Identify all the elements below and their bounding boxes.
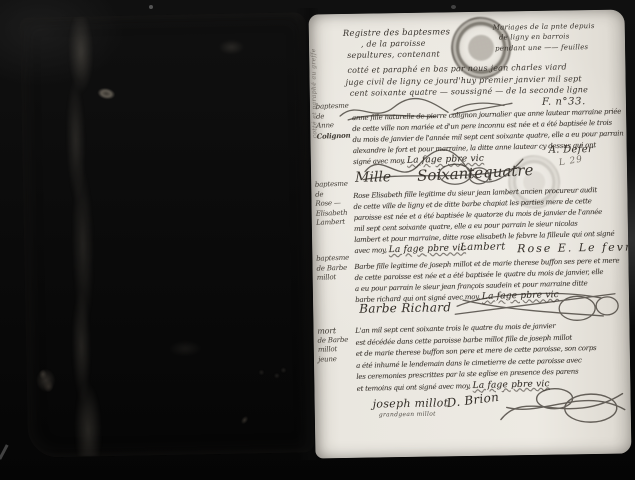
paper-stain [168,340,202,357]
edge-scratch [0,444,9,460]
witness-signature: D. Brion [446,390,500,410]
header-title-line: sepultures, contenant [347,49,440,59]
header-title-line: Registre des baptesmes [343,27,450,39]
header-right-line: Mariages de la pnte depuis [493,22,595,32]
ink-blot [96,87,116,101]
margin-note-baptism-anne: baptesme de Anne Colignon [316,101,357,140]
water-stain [60,16,102,457]
witness-signature-small: grandgean millot [379,411,436,419]
priest-signature: La fage pbre vic [389,243,466,255]
margin-note-death-barbe: mort de Barbe millot jeune [317,325,358,364]
margin-note-baptism-barbe: baptesme de Barbe millot [316,253,357,283]
paper-stain [239,415,249,426]
witness-signature: Lambert [460,241,505,253]
witness-signature: joseph millot [373,396,449,410]
witness-signature: Rose E. Le fevre [517,240,631,255]
header-body-line: juge civil de ligny ce jourd'huy premier… [346,74,582,87]
header-right-line: pendant une —— feuilles [495,43,588,52]
header-title-line: , de la paroisse [361,39,426,49]
notarial-paraph-flourish [496,376,629,434]
dust-speck [451,5,456,9]
left-page [20,12,314,457]
dust-speck [149,5,153,9]
paper-stain [218,39,244,54]
witness-signature: Barbe Richard [359,300,451,315]
right-page: cotté et paraphé au greffe Registre des … [309,10,632,459]
margin-note-baptism-rose: baptesme de Rose — Elisabeth Lambert [315,179,357,228]
folio-number: F. n°33. [542,96,586,108]
script-heading-word: Mille [355,169,391,186]
header-body-line: cotté et paraphé en bas par nous jean ch… [347,62,566,74]
paper-stain [255,365,289,384]
paper-stain [32,365,59,395]
header-right-line: de ligny en barrois [499,32,570,41]
register-scan: cotté et paraphé au greffe Registre des … [0,0,635,480]
witness-signature: A. Defer [549,144,593,156]
